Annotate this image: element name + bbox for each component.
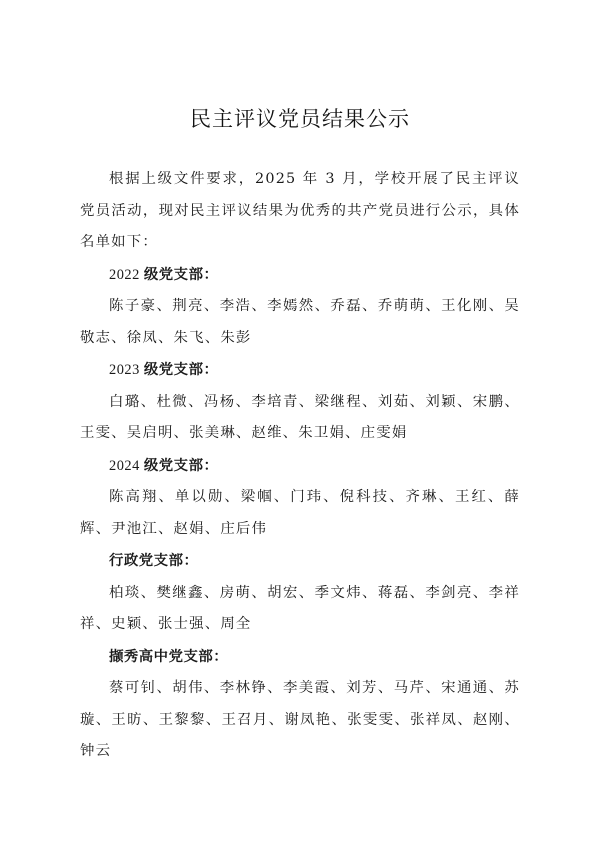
branch-names-admin: 柏琰、樊继鑫、房萌、胡宏、季文炜、蒋磊、李剑亮、李祥祥、史颖、张士强、周全 xyxy=(80,578,520,641)
document-body: 根据上级文件要求，2025 年 3 月，学校开展了民主评议党员活动，现对民主评议… xyxy=(80,164,520,768)
branch-names-highschool: 蔡可钊、胡伟、李林铮、李美霞、刘芳、马芹、宋通通、苏璇、王昉、王黎黎、王召月、谢… xyxy=(80,673,520,768)
branch-names-2024: 陈高翔、单以勋、梁帼、门玮、倪科技、齐琳、王红、薛辉、尹池江、赵娟、庄后伟 xyxy=(80,482,520,545)
branch-heading-label: 级党支部： xyxy=(144,266,218,283)
branch-heading-year: 2022 xyxy=(109,267,144,283)
branch-heading-label: 级党支部： xyxy=(144,361,218,378)
document-title: 民主评议党员结果公示 xyxy=(80,103,520,133)
branch-heading-label: 级党支部： xyxy=(144,457,218,474)
branch-heading-2024: 2024 级党支部： xyxy=(80,450,520,483)
intro-paragraph: 根据上级文件要求，2025 年 3 月，学校开展了民主评议党员活动，现对民主评议… xyxy=(80,164,520,259)
branch-names-2023: 白璐、杜微、冯杨、李培青、梁继程、刘茹、刘颖、宋鹏、王雯、吴启明、张美琳、赵维、… xyxy=(80,387,520,450)
branch-names-2022: 陈子豪、荆亮、李浩、李嫣然、乔磊、乔萌萌、王化刚、吴敬志、徐凤、朱飞、朱彭 xyxy=(80,291,520,354)
branch-heading-year: 2023 xyxy=(109,362,144,378)
branch-heading-year: 2024 xyxy=(109,458,144,474)
branch-heading-admin: 行政党支部： xyxy=(80,545,520,578)
branch-heading-2022: 2022 级党支部： xyxy=(80,259,520,292)
branch-heading-label: 行政党支部： xyxy=(109,552,198,569)
branch-heading-label: 撷秀高中党支部： xyxy=(109,648,228,665)
branch-heading-2023: 2023 级党支部： xyxy=(80,354,520,387)
branch-heading-highschool: 撷秀高中党支部： xyxy=(80,641,520,674)
